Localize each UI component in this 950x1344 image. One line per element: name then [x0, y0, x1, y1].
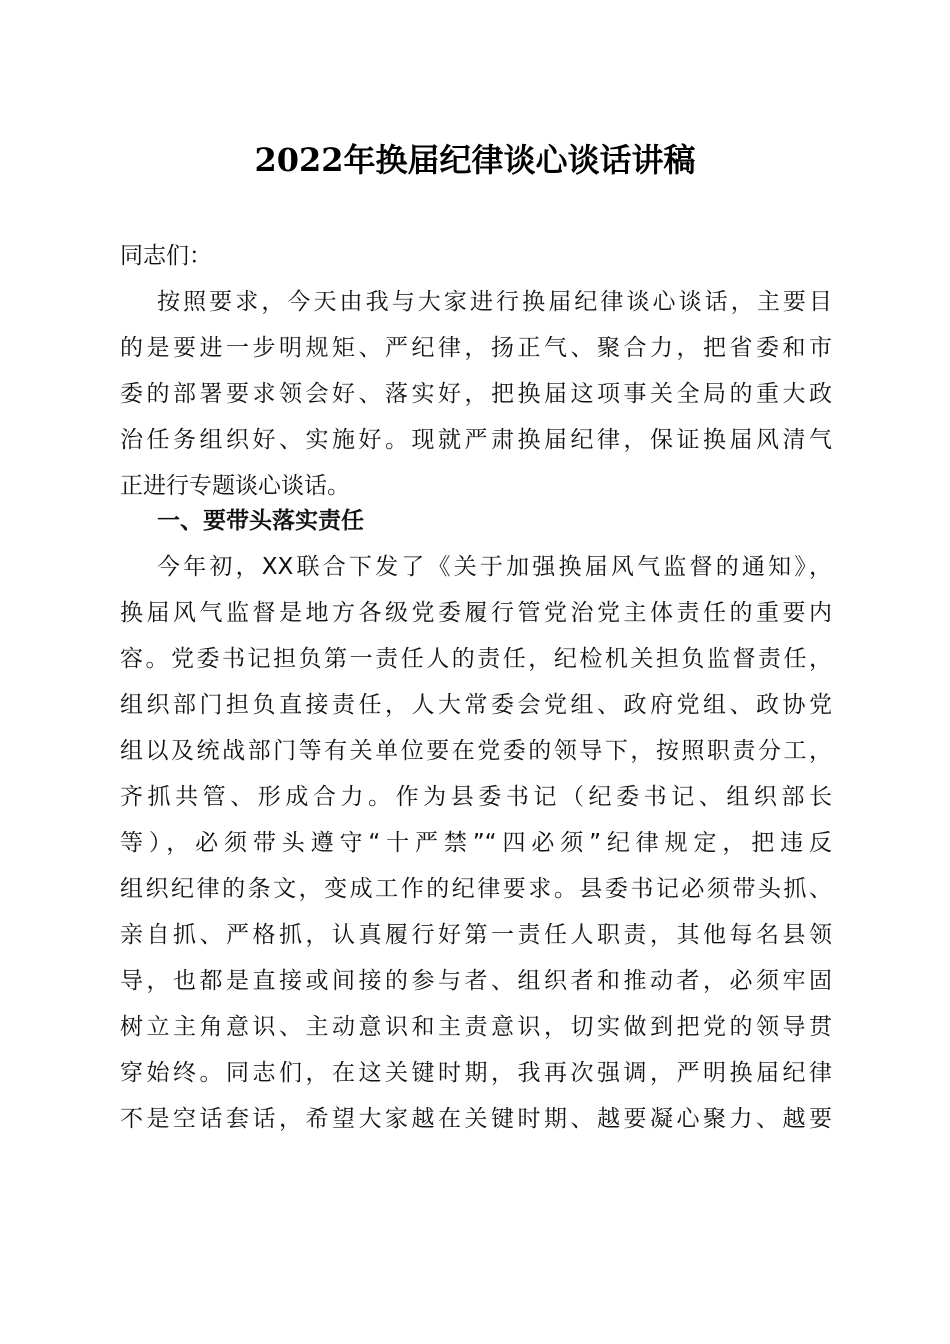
paragraph-line: 的是要进一步明规矩、严纪律，扬正气、聚合力，把省委和市	[120, 325, 832, 371]
paragraph-line: 穿始终。同志们，在这关键时期，我再次强调，严明换届纪律	[120, 1050, 832, 1096]
paragraph-line: 组织部门担负直接责任，人大常委会党组、政府党组、政协党	[120, 682, 832, 728]
paragraph-line: 不是空话套话，希望大家越在关键时期、越要凝心聚力、越要	[120, 1096, 832, 1142]
salutation: 同志们：	[120, 233, 832, 279]
document-page: 2022年换届纪律谈心谈话讲稿 同志们： 按照要求，今天由我与大家进行换届纪律谈…	[0, 0, 950, 1344]
document-title: 2022年换届纪律谈心谈话讲稿	[0, 138, 950, 182]
paragraph-line: 树立主角意识、主动意识和主责意识，切实做到把党的领导贯	[120, 1004, 832, 1050]
paragraph-line: 导，也都是直接或间接的参与者、组织者和推动者，必须牢固	[120, 958, 832, 1004]
paragraph-line: 容。党委书记担负第一责任人的责任，纪检机关担负监督责任，	[120, 636, 832, 682]
section-heading: 一、要带头落实责任	[157, 498, 832, 544]
paragraph-line: 委的部署要求领会好、落实好，把换届这项事关全局的重大政	[120, 371, 832, 417]
paragraph-line: 等），必须带头遵守“十严禁”“四必须”纪律规定，把违反	[120, 820, 832, 866]
paragraph-line: 组以及统战部门等有关单位要在党委的领导下，按照职责分工，	[120, 728, 832, 774]
paragraph-line: 换届风气监督是地方各级党委履行管党治党主体责任的重要内	[120, 590, 832, 636]
paragraph-line: 治任务组织好、实施好。现就严肃换届纪律，保证换届风清气	[120, 417, 832, 463]
paragraph-line: 今年初，XX联合下发了《关于加强换届风气监督的通知》，	[157, 544, 832, 590]
paragraph-line: 组织纪律的条文，变成工作的纪律要求。县委书记必须带头抓、	[120, 866, 832, 912]
paragraph-line: 齐抓共管、形成合力。作为县委书记（纪委书记、组织部长	[120, 774, 832, 820]
paragraph-line: 按照要求，今天由我与大家进行换届纪律谈心谈话，主要目	[157, 279, 832, 325]
paragraph-line: 亲自抓、严格抓，认真履行好第一责任人职责，其他每名县领	[120, 912, 832, 958]
